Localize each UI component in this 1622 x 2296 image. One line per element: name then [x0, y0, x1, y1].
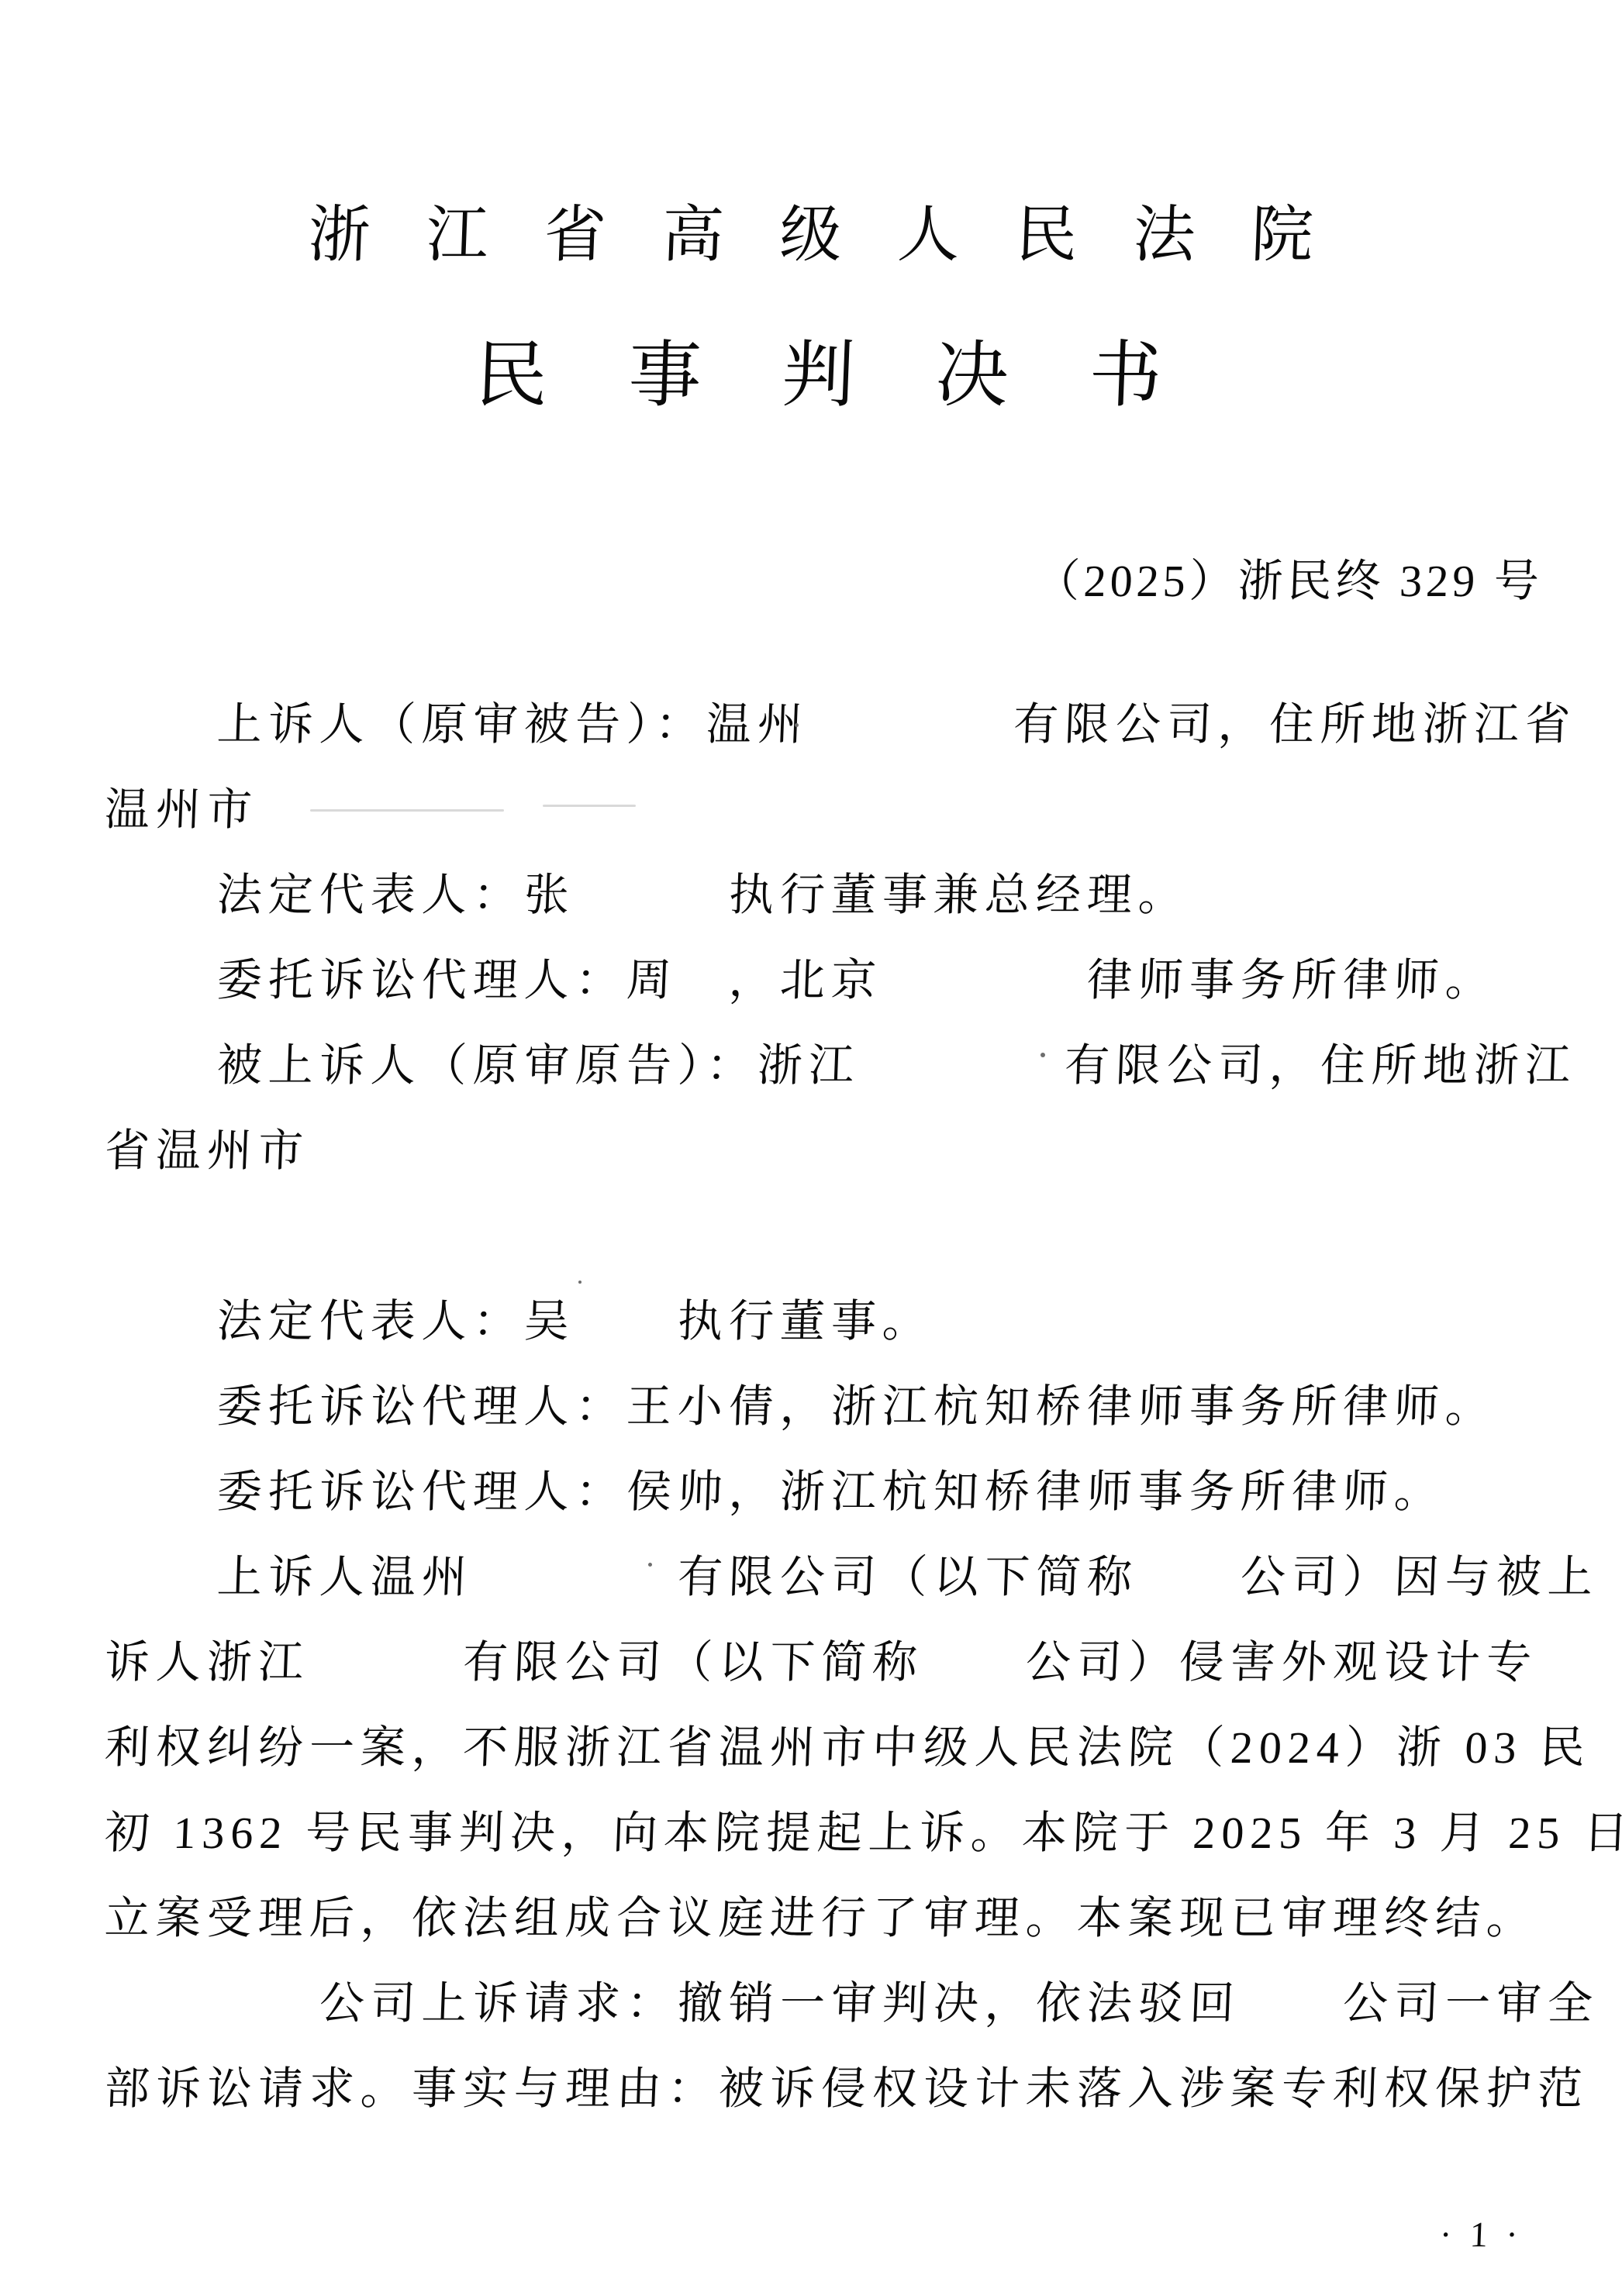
page-number: · 1 ·	[1439, 2214, 1524, 2255]
body-line-attorney-1: 委托诉讼代理人：周 ，北京 律师事务所律师。	[103, 938, 1603, 1023]
body-line-appellee: 被上诉人（原审原告）：浙江 有限公司，住所地浙江	[103, 1023, 1603, 1108]
body-line-appeal-request-2: 部诉讼请求。事实与理由：被诉侵权设计未落入涉案专利权保护范	[103, 2046, 1603, 2132]
body-line-case-intro-2: 诉人浙江 有限公司（以下简称 公司）侵害外观设计专	[103, 1620, 1603, 1705]
scan-speck	[795, 723, 799, 727]
body-line-case-intro-3: 利权纠纷一案，不服浙江省温州市中级人民法院（2024）浙 03 民	[103, 1705, 1603, 1791]
body-line-legal-rep-2: 法定代表人：吴 执行董事。	[103, 1279, 1603, 1364]
body-line-appeal-request-1: 公司上诉请求：撤销一审判决，依法驳回 公司一审全	[103, 1961, 1603, 2046]
body-line-case-intro-5: 立案受理后，依法组成合议庭进行了审理。本案现已审理终结。	[103, 1876, 1603, 1961]
body-line-case-intro-4: 初 1362 号民事判决，向本院提起上诉。本院于 2025 年 3 月 25 日	[103, 1791, 1603, 1876]
body-line-case-intro-1: 上诉人温州 有限公司（以下简称 公司）因与被上	[103, 1535, 1603, 1620]
scan-speck	[578, 1281, 582, 1284]
body-line-appellee-address: 省温州市	[103, 1108, 1603, 1194]
judgment-body: 上诉人（原审被告）：温州 有限公司，住所地浙江省 温州市 法定代表人：张 执行董…	[105, 682, 1601, 2132]
body-line-legal-rep-1: 法定代表人：张 执行董事兼总经理。	[103, 853, 1603, 938]
scan-streak	[310, 809, 504, 812]
scan-speck	[648, 1563, 652, 1567]
document-type-title: 民事判决书	[0, 316, 1622, 421]
court-name-title: 浙江省高级人民法院	[0, 184, 1622, 274]
case-number: （2025）浙民终 329 号	[1034, 544, 1544, 609]
body-line-attorney-2: 委托诉讼代理人：王小倩，浙江杭知桥律师事务所律师。	[103, 1364, 1603, 1450]
judgment-page: 浙江省高级人民法院 民事判决书 （2025）浙民终 329 号 上诉人（原审被告…	[0, 0, 1622, 2296]
body-line-appellant: 上诉人（原审被告）：温州 有限公司，住所地浙江省	[103, 682, 1603, 767]
scan-streak	[543, 805, 636, 807]
scan-speck	[1040, 1053, 1045, 1057]
body-line-attorney-3: 委托诉讼代理人：侯帅，浙江杭知桥律师事务所律师。	[103, 1450, 1603, 1535]
